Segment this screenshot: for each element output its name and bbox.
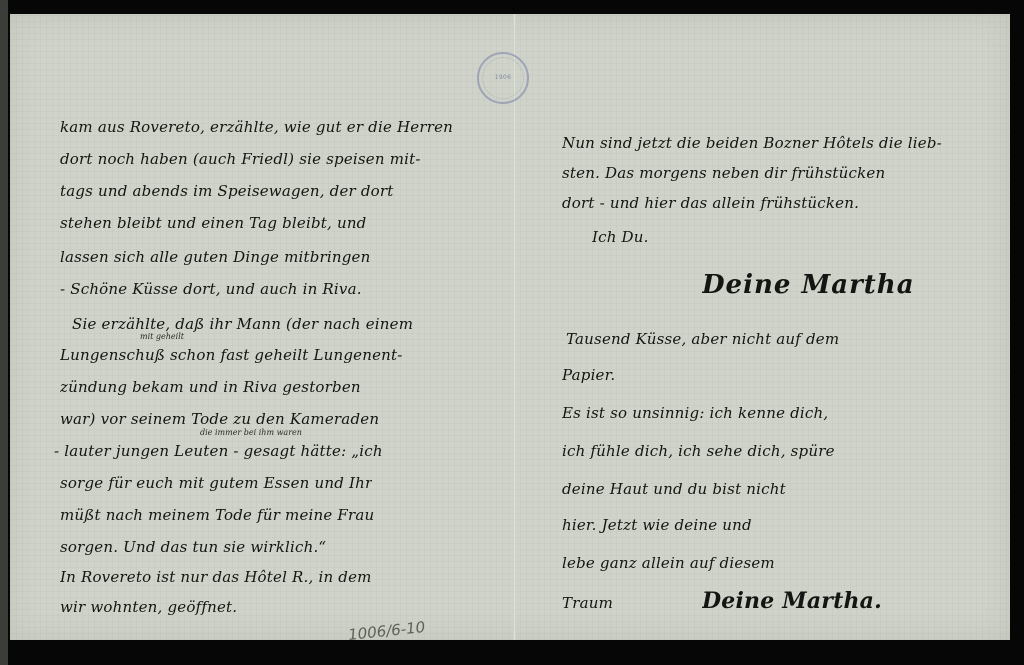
letter-line: Nun sind jetzt die beiden Bozner Hôtels … <box>562 134 942 152</box>
letter-line: zündung bekam und in Riva gestorben <box>60 378 361 396</box>
letter-line: dort noch haben (auch Friedl) sie speise… <box>60 150 421 168</box>
letter-line: - lauter jungen Leuten - gesagt hätte: „… <box>54 442 383 460</box>
page-fold <box>513 14 516 640</box>
letter-line: - Schöne Küsse dort, und auch in Riva. <box>60 280 362 298</box>
letter-line: kam aus Rovereto, erzählte, wie gut er d… <box>60 118 453 136</box>
interlinear-note: mit geheilt <box>140 332 184 341</box>
letter-line: sten. Das morgens neben dir frühstücken <box>562 164 885 182</box>
letter-line: dort - und hier das allein frühstücken. <box>562 194 859 212</box>
letter-line: Lungenschuß schon fast geheilt Lungenent… <box>60 346 403 364</box>
letter-line: sorgen. Und das tun sie wirklich.“ <box>60 538 326 556</box>
letter-line: wir wohnten, geöffnet. <box>60 598 237 616</box>
letter-line: In Rovereto ist nur das Hôtel R., in dem <box>60 568 372 586</box>
letter-line: Sie erzählte, daß ihr Mann (der nach ein… <box>72 315 413 333</box>
letter-line: ich fühle dich, ich sehe dich, spüre <box>562 442 835 460</box>
scanner-edge <box>0 0 8 665</box>
closing-signature: Deine Martha. <box>702 588 882 614</box>
letter-line: Es ist so unsinnig: ich kenne dich, <box>562 404 828 422</box>
signature: Deine Martha <box>702 270 915 300</box>
letter-line: Traum <box>562 594 613 612</box>
letter-line: deine Haut und du bist nicht <box>562 480 786 498</box>
letter-line: war) vor seinem Tode zu den Kameraden <box>60 410 379 428</box>
letter-line: Papier. <box>562 366 615 384</box>
letter-line: stehen bleibt und einen Tag bleibt, und <box>60 214 367 232</box>
letter-line: Tausend Küsse, aber nicht auf dem <box>566 330 839 348</box>
letter-line: tags und abends im Speisewagen, der dort <box>60 182 394 200</box>
stamp-ring <box>482 57 524 99</box>
letter-line: müßt nach meinem Tode für meine Frau <box>60 506 374 524</box>
interlinear-note: die immer bei ihm waren <box>200 428 302 437</box>
letter-line: sorge für euch mit gutem Essen und Ihr <box>60 474 372 492</box>
letter-line: lassen sich alle guten Dinge mitbringen <box>60 248 371 266</box>
library-stamp: 1906 <box>477 52 529 104</box>
letter-line: Ich Du. <box>592 228 649 246</box>
letter-line: lebe ganz allein auf diesem <box>562 554 775 572</box>
letter-line: hier. Jetzt wie deine und <box>562 516 752 534</box>
